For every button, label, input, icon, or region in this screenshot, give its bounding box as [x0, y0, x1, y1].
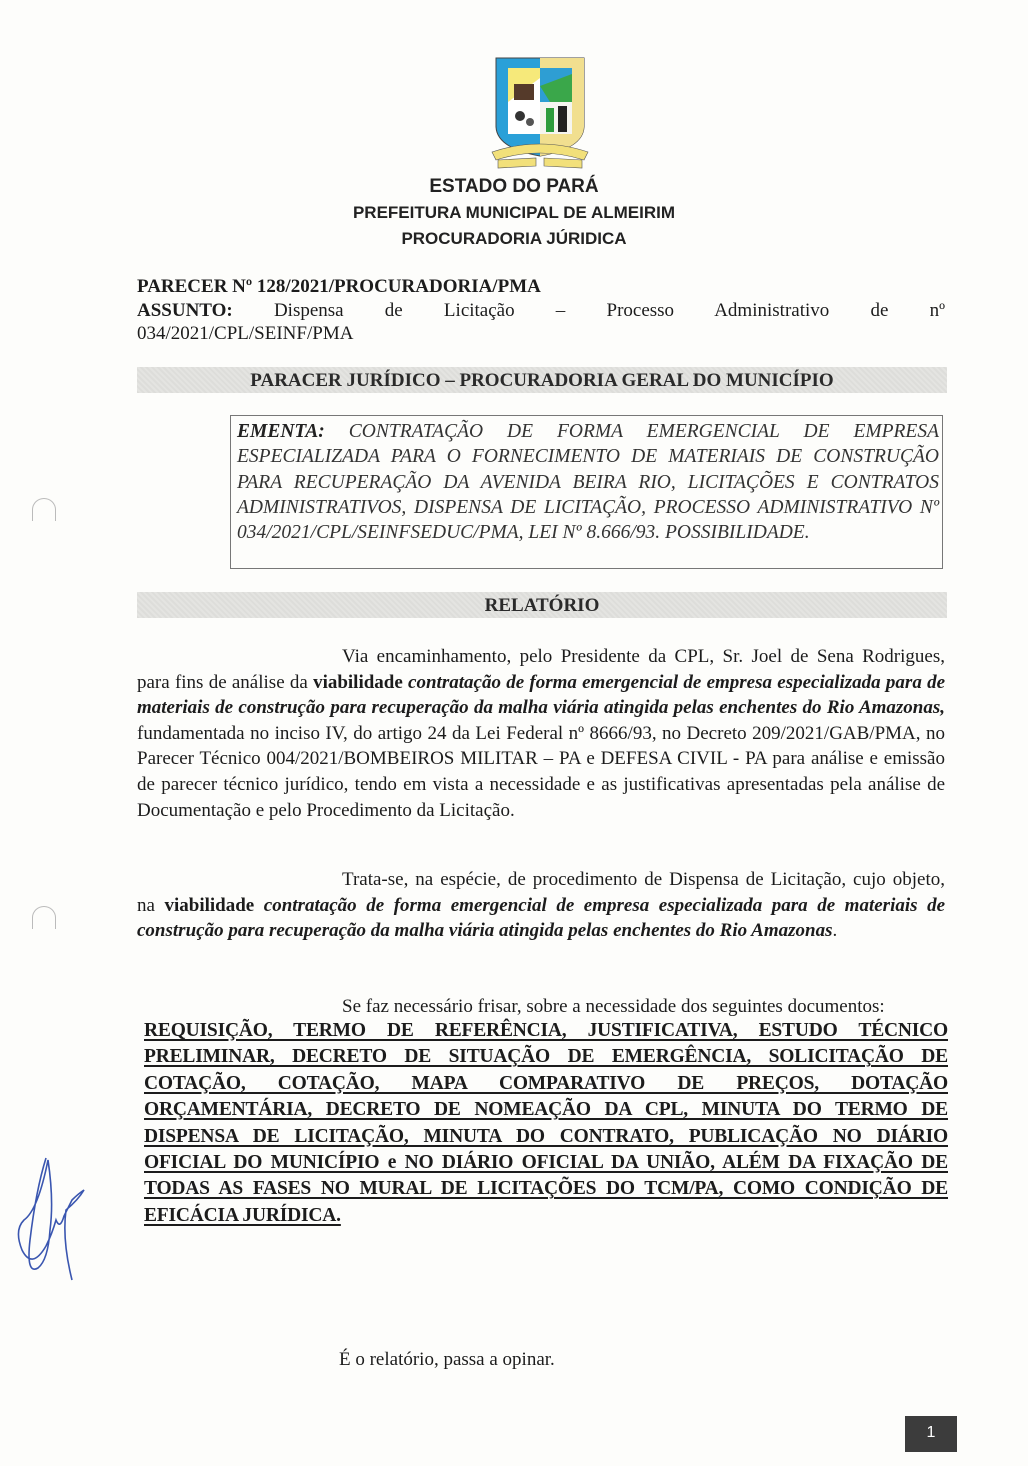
- assunto-line: ASSUNTO: Dispensa de Licitação – Process…: [137, 298, 945, 323]
- paragraph-1: Via encaminhamento, pelo Presidente da C…: [137, 644, 945, 823]
- ementa-label: EMENTA:: [237, 421, 325, 442]
- ementa-box: EMENTA: CONTRATAÇÃO DE FORMA EMERGENCIAL…: [230, 415, 943, 569]
- prefecture-heading: PREFEITURA MUNICIPAL DE ALMEIRIM: [0, 203, 1028, 223]
- coat-of-arms-icon: [490, 56, 590, 174]
- assunto-text: Dispensa de Licitação – Processo Adminis…: [274, 300, 945, 321]
- section-heading-parecer: PARACER JURÍDICO – PROCURADORIA GERAL DO…: [137, 367, 947, 393]
- paragraph-2: Trata-se, na espécie, de procedimento de…: [137, 867, 945, 944]
- required-documents-list: REQUISIÇÃO, TERMO DE REFERÊNCIA, JUSTIFI…: [144, 1018, 948, 1229]
- assunto-label: ASSUNTO:: [137, 300, 233, 321]
- signature-icon: [8, 1150, 88, 1285]
- paragraph-3: Se faz necessário frisar, sobre a necess…: [137, 994, 945, 1020]
- punch-hole-mark: [32, 906, 56, 929]
- punch-hole-mark: [32, 498, 56, 521]
- section-heading-relatorio: RELATÓRIO: [137, 592, 947, 618]
- closing-statement: É o relatório, passa a opinar.: [339, 1349, 555, 1371]
- state-heading: ESTADO DO PARÁ: [0, 176, 1028, 198]
- assunto-process: 034/2021/CPL/SEINF/PMA: [137, 323, 353, 345]
- ementa-text: CONTRATAÇÃO DE FORMA EMERGENCIAL DE EMPR…: [237, 421, 939, 543]
- page-number: 1: [905, 1416, 957, 1452]
- parecer-number: PARECER Nº 128/2021/PROCURADORIA/PMA: [137, 276, 541, 298]
- department-heading: PROCURADORIA JÚRIDICA: [0, 229, 1028, 249]
